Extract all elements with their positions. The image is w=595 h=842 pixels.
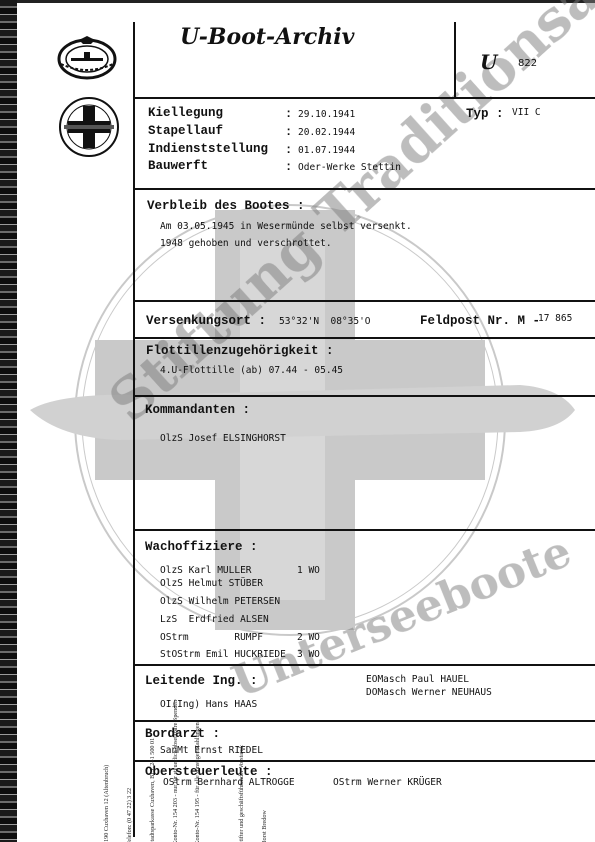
value-versenkungsort: 53°32'N 08°35'O [279, 316, 371, 327]
u-boat-war-badge-icon [57, 34, 117, 80]
fate-line: Am 03.05.1945 in Wesermünde selbst verse… [160, 221, 412, 232]
watch-officer: OlzS Helmut STÜBER [160, 578, 263, 589]
value-indienststellung: 01.07.1944 [298, 145, 355, 156]
divider [133, 395, 595, 397]
value-flottille: 4.U-Flottille (ab) 07.44 - 05.45 [160, 365, 343, 376]
label-typ: Typ : [466, 107, 504, 121]
colon: : [285, 160, 292, 174]
commander: OlzS Josef ELSINGHORST [160, 433, 286, 444]
colon: : [285, 143, 292, 157]
colon: : [285, 107, 292, 121]
label-versenkungsort: Versenkungsort : [146, 314, 266, 328]
watch-officer-role: 2 WO [297, 632, 320, 643]
watch-officer: StOStrm Emil HUCKRIEDE [160, 649, 286, 660]
value-feldpost: 17 865 [538, 313, 572, 324]
label-kommandanten: Kommandanten : [145, 403, 250, 417]
label-verbleib: Verbleib des Bootes : [147, 199, 305, 213]
engineer: EOMasch Paul HAUEL [366, 674, 469, 685]
watch-officer-role: 1 WO [297, 565, 320, 576]
uboat-number: 822 [518, 58, 537, 69]
value-bauwerft: Oder-Werke Stettin [298, 162, 401, 173]
label-kiellegung: Kiellegung [148, 106, 223, 120]
watch-officer: OlzS Wilhelm PETERSEN [160, 596, 280, 607]
label-bauwerft: Bauwerft [148, 159, 208, 173]
divider [133, 97, 595, 99]
navigator: OStrm Werner KRÜGER [333, 777, 442, 788]
uboat-prefix: U [480, 50, 497, 74]
divider [133, 664, 595, 666]
header-separator [454, 22, 456, 97]
label-flottille: Flottillenzugehörigkeit : [146, 344, 334, 358]
archive-title: U-Boot-Archiv [180, 24, 354, 50]
watch-officer: OStrm RUMPF [160, 632, 263, 643]
value-kiellegung: 29.10.1941 [298, 109, 355, 120]
scan-edge [0, 0, 17, 842]
divider [133, 300, 595, 302]
watch-officer: OlzS Karl MÜLLER [160, 565, 252, 576]
label-wachoffiziere: Wachoffiziere : [145, 540, 258, 554]
colon: : [285, 125, 292, 139]
scan-top-edge [17, 0, 595, 3]
watch-officer-role: 3 WO [297, 649, 320, 660]
divider [133, 529, 595, 531]
value-typ: VII C [512, 107, 541, 118]
label-indienststellung: Indienststellung [148, 142, 268, 156]
label-stapellauf: Stapellauf [148, 124, 223, 138]
sidebar-address: 2190 Cuxhaven 12 (Altenbruch) Telefon: (… [88, 700, 276, 842]
watch-officer: LzS Erdfried ALSEN [160, 614, 269, 625]
divider [133, 337, 595, 339]
value-stapellauf: 20.02.1944 [298, 127, 355, 138]
label-feldpost: Feldpost Nr. M - [420, 314, 540, 328]
fate-line: 1948 gehoben und verschrottet. [160, 238, 332, 249]
engineer: DOMasch Werner NEUHAUS [366, 687, 492, 698]
divider [133, 188, 595, 190]
stiftung-emblem-icon [58, 96, 120, 158]
label-leitende-ing: Leitende Ing. : [145, 674, 258, 688]
